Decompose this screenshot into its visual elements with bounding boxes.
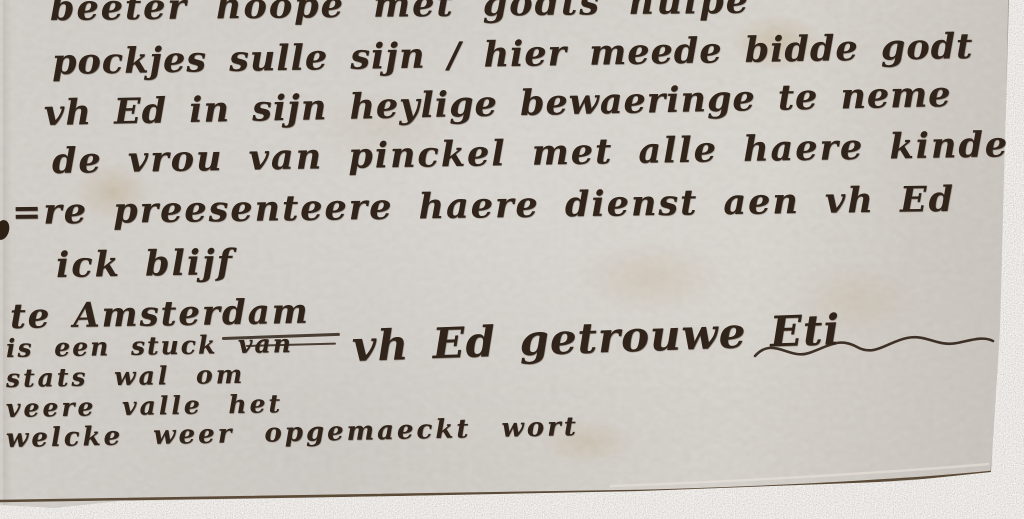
manuscript-scan: beeter hoope met godts hulpe pockjes sul… bbox=[0, 0, 1024, 519]
signature-flourish-stroke bbox=[0, 0, 1024, 519]
